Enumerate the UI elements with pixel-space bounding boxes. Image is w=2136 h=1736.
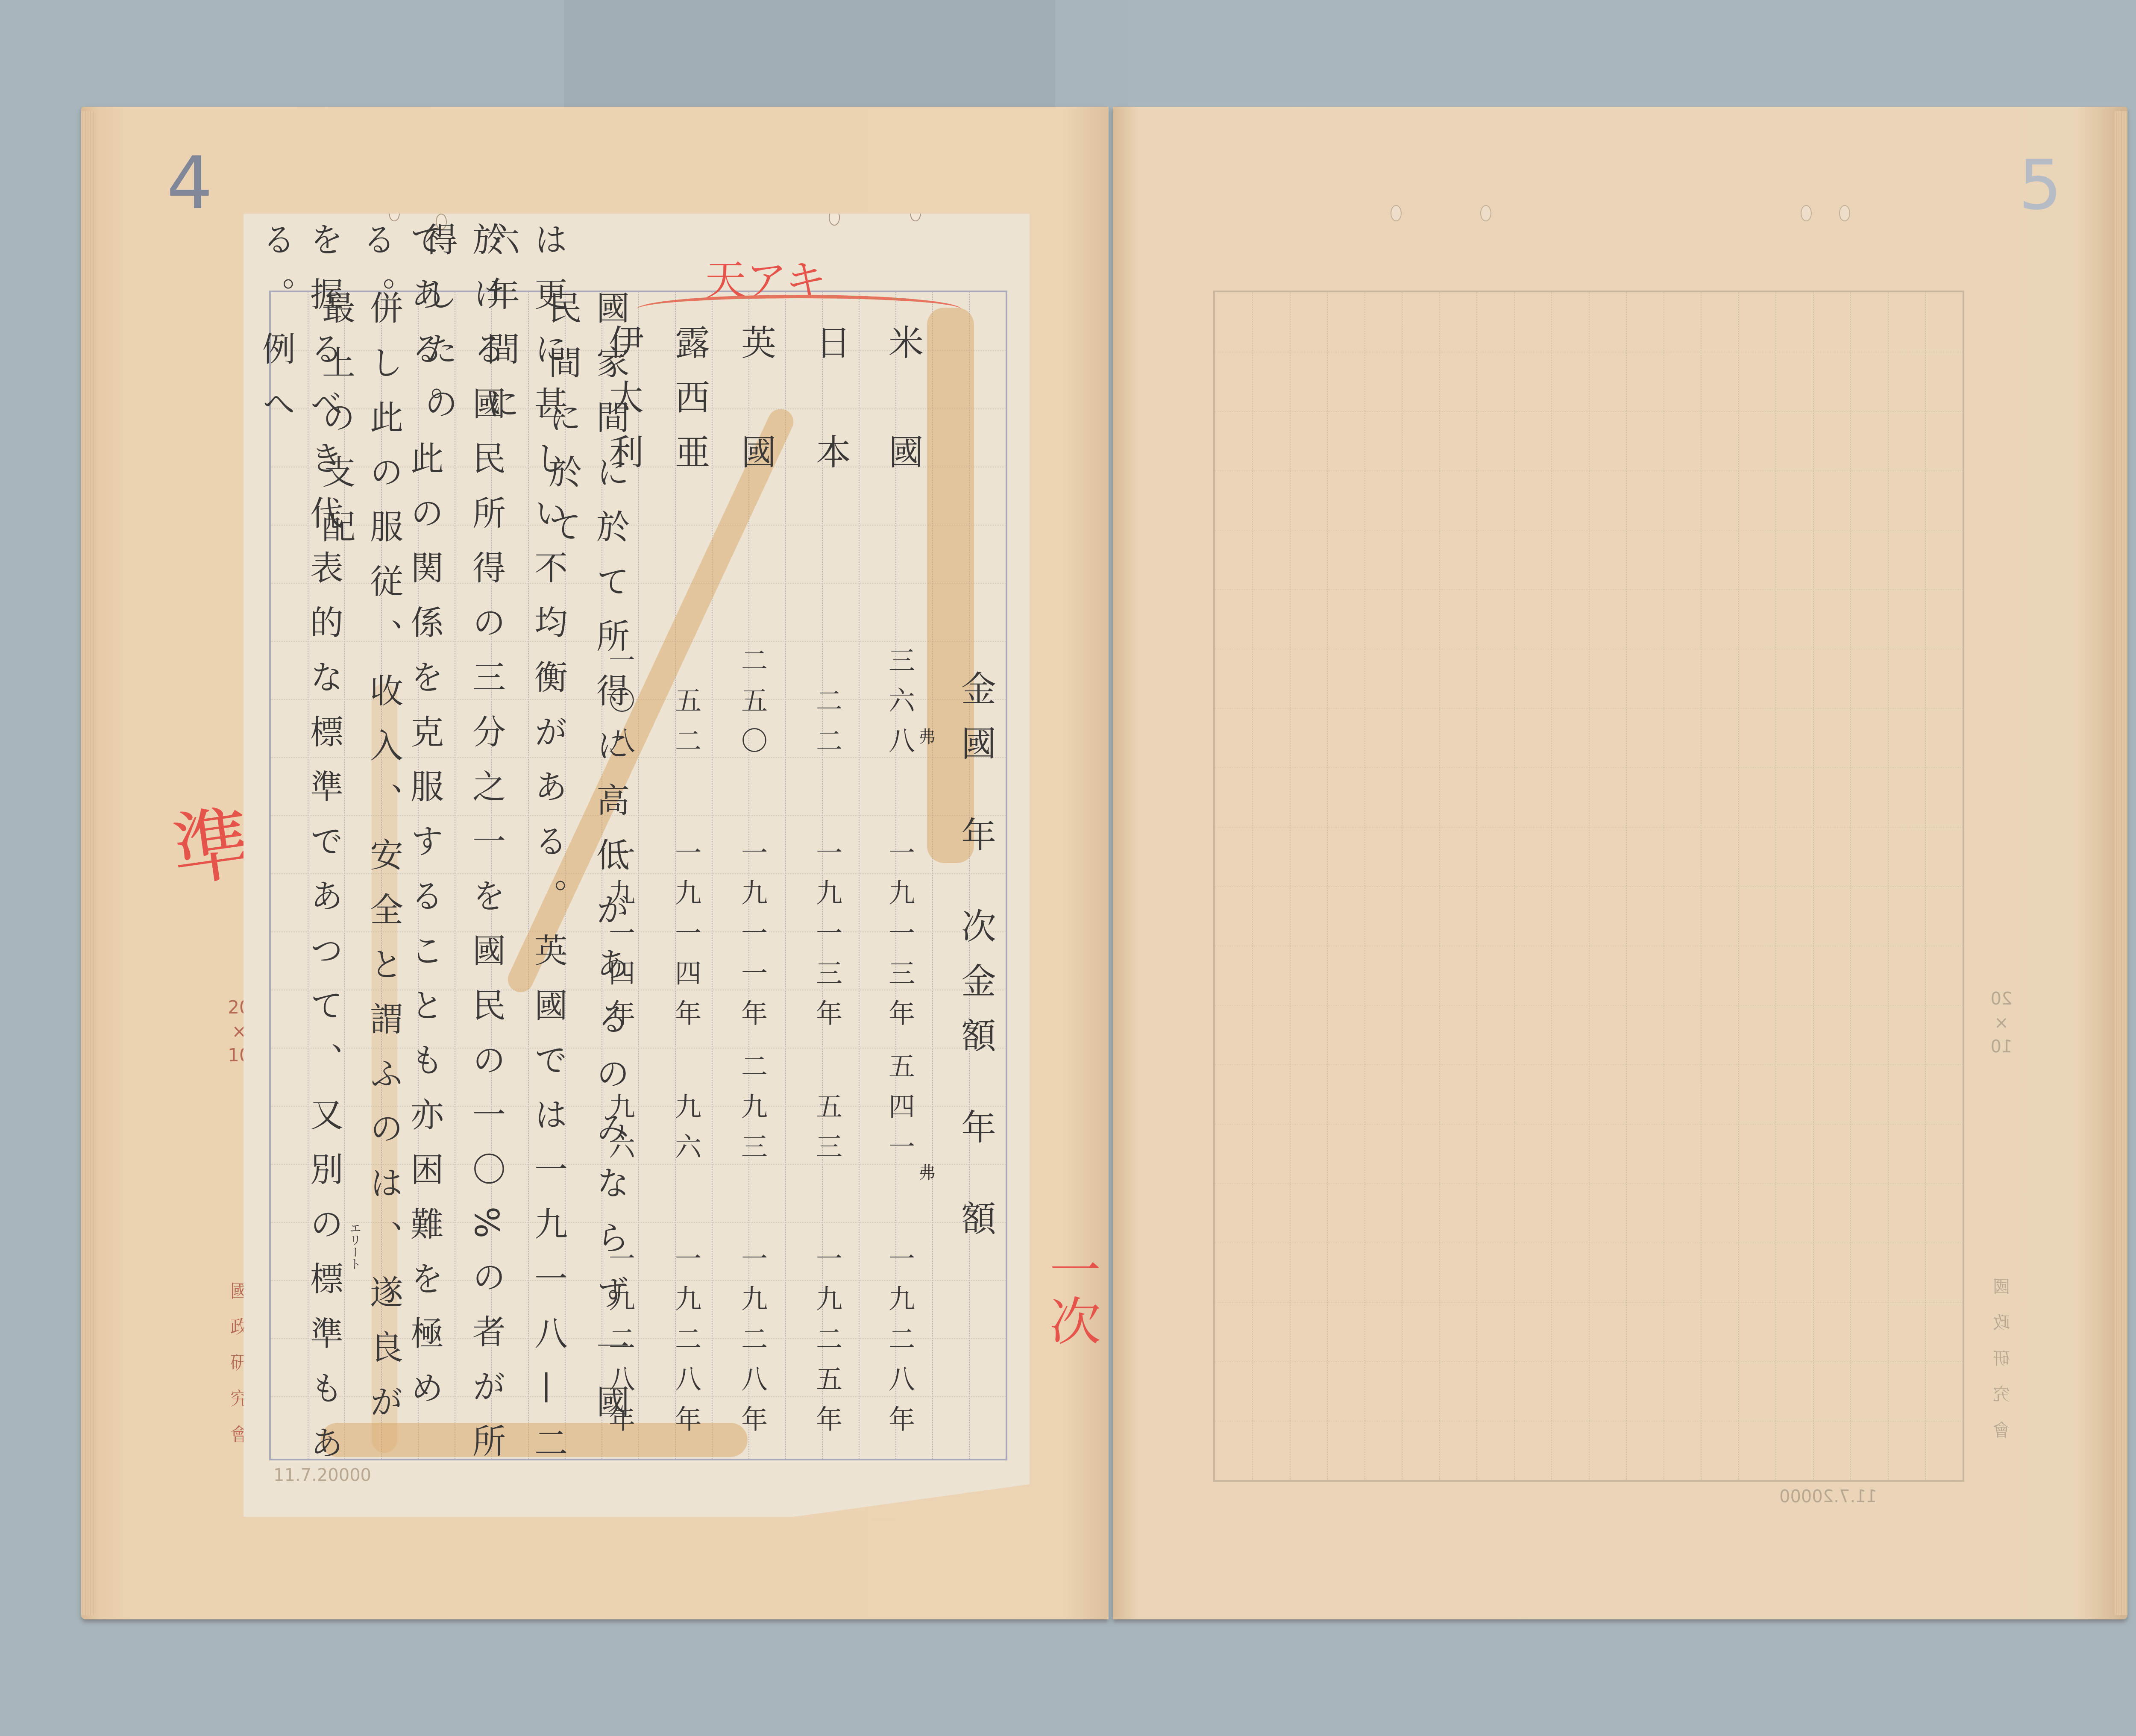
table-row-usa-amount2: 五四一	[889, 1047, 915, 1167]
staple-hole	[829, 209, 840, 226]
table-row-usa-country: 米 國	[889, 316, 924, 480]
open-notebook: 4 20 × 10 國 政 研 究 會 準	[81, 107, 2127, 1632]
right-page: 5 20 × 10	[1113, 107, 2127, 1619]
table-row-russia-amount2: 九六	[675, 1087, 701, 1167]
background-board	[1128, 0, 2136, 120]
page-edges-left	[81, 111, 94, 1615]
staple-hole	[389, 205, 400, 221]
blank-manuscript-grid	[1213, 291, 1964, 1482]
page-number: 4	[167, 141, 213, 226]
table-row-japan-year1: 一九一三年	[816, 833, 842, 1034]
mirrored-text: 究	[1989, 1377, 2014, 1413]
mirrored-text: 國	[1989, 1269, 2014, 1305]
table-row-russia-amount1: 五二	[675, 681, 701, 761]
mirrored-text: 20	[1989, 987, 2014, 1011]
table-row-uk-amount2: 二九三	[741, 1047, 768, 1167]
table-title-column: 金 國 年 次 金 額 年 額	[961, 662, 996, 1247]
unit-note-dollar: 弗	[918, 1162, 936, 1184]
table-row-japan-amount1: 二二	[816, 681, 842, 761]
table-row-usa-amount1: 三 六 八	[889, 641, 915, 761]
mirrored-text: 10	[1989, 1035, 2014, 1059]
staple-hole	[910, 205, 921, 221]
table-row-japan-year2: 一九二五年	[816, 1239, 842, 1440]
mirrored-text: 政	[1989, 1305, 2014, 1341]
table-row-usa-year1: 一九一三年	[889, 833, 915, 1034]
mirrored-text: ×	[1989, 1011, 2014, 1035]
left-page: 4 20 × 10 國 政 研 究 會 準	[81, 107, 1109, 1619]
staple-hole	[1801, 205, 1812, 221]
staple-hole	[1391, 205, 1402, 221]
staple-hole	[1839, 205, 1850, 221]
table-row-uk-year2: 一九二八年	[741, 1239, 768, 1440]
table-row-russia-year2: 一九二八年	[675, 1239, 701, 1440]
table-row-uk-amount1: 二五〇	[741, 641, 768, 761]
table-row-japan-country: 日 本	[816, 316, 851, 480]
mirrored-publisher: 國 政 研 究 會	[1989, 1269, 2014, 1448]
unit-note-dollar: 弗	[918, 726, 936, 748]
table-row-uk-year1: 一九一一年	[741, 833, 768, 1034]
staple-hole	[1480, 205, 1491, 221]
table-row-japan-amount2: 五三	[816, 1087, 842, 1167]
ruby-annotation-elite: エリート	[346, 1222, 363, 1270]
table-row-russia-country: 露 西 亜	[675, 316, 710, 480]
pencil-corner-mark: 5	[2019, 145, 2062, 225]
form-footer-code: 11.7.20000	[273, 1466, 371, 1485]
mirrored-text: 會	[1989, 1413, 2014, 1448]
background-paper-strip	[564, 0, 1055, 120]
prose-column-6: を握るべき代表的な標準であつて、又別の標準もある。例へ	[252, 222, 348, 1495]
mirrored-text: 研	[1989, 1341, 2014, 1377]
table-row-usa-year2: 一九二八年	[889, 1239, 915, 1440]
table-row-russia-year1: 一九一四年	[675, 833, 701, 1034]
pasted-manuscript-slip: 天アキ 金 國 年 次 金 額 年 額 米 國 三 六 八	[244, 214, 1030, 1517]
page-edges-right	[2115, 111, 2127, 1615]
red-annotation-ichiji: 一次	[1034, 1243, 1107, 1346]
mirrored-grid-spec: 20 × 10	[1989, 987, 2014, 1059]
mirrored-footer-code: 11.7.20000	[1779, 1487, 1877, 1507]
table-row-uk-country: 英 國	[741, 316, 776, 480]
